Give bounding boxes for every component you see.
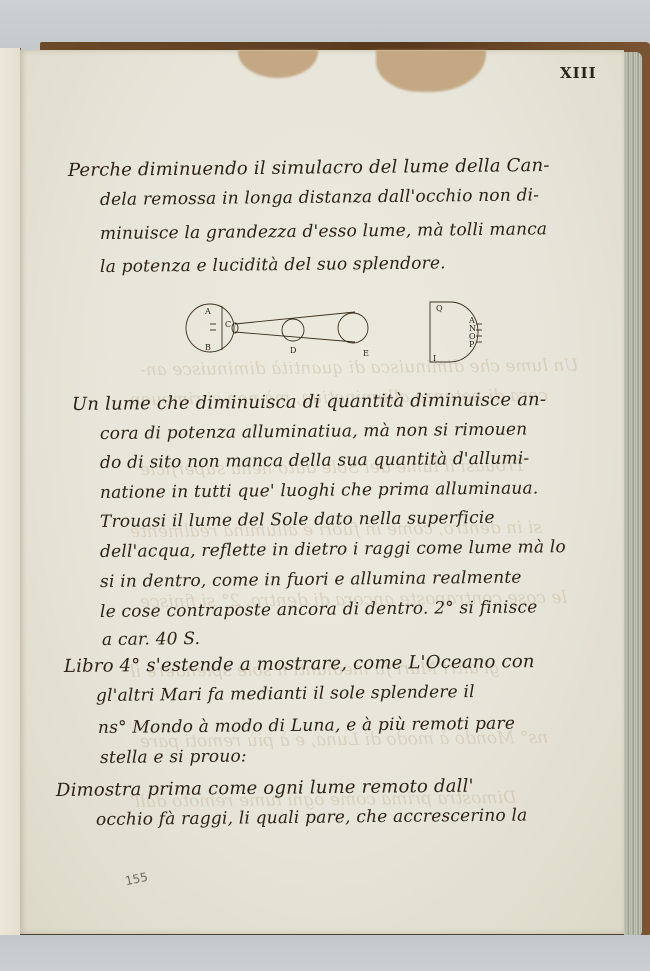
text-line: le cose contraposte ancora di dentro. 2°…: [100, 597, 538, 622]
pencil-page-number: 155: [124, 870, 149, 888]
manuscript-page: XIII Un lume che diminuisca di quantità …: [20, 50, 624, 936]
text-line: cora di potenza alluminatiua, mà non si …: [100, 420, 528, 444]
text-line: dela remossa in longa distanza dall'occh…: [100, 185, 539, 210]
text-line: Un lume che diminuisca di quantità dimin…: [72, 389, 546, 415]
text-line: minuisce la grandezza d'esso lume, mà to…: [100, 219, 547, 244]
text-line: Perche diminuendo il simulacro del lume …: [68, 155, 550, 181]
text-line: occhio fà raggi, li quali pare, che accr…: [96, 805, 528, 830]
diagram-label: I: [433, 354, 436, 363]
optical-diagram: A B C D E Q A N O P I: [180, 290, 510, 370]
water-stain: [376, 50, 486, 92]
water-stain: [238, 50, 318, 78]
diagram-label: A: [204, 307, 211, 316]
previous-page-edge: [0, 48, 21, 943]
text-line: dell'acqua, reflette in dietro i raggi c…: [100, 537, 566, 562]
diagram-label: P: [469, 340, 475, 349]
diagram-label: C: [225, 320, 231, 329]
folio-number: XIII: [560, 64, 597, 82]
diagram-label: D: [290, 346, 296, 355]
text-line: la potenza e lucidità del suo splendore.: [100, 253, 446, 277]
diagram-label: Q: [436, 304, 443, 313]
diagram-label: B: [205, 343, 211, 352]
text-line: Trouasi il lume del Sole dato nella supe…: [100, 508, 495, 532]
diagram-label: E: [363, 349, 369, 358]
text-line: stella e si prouo:: [100, 746, 247, 768]
text-line: Dimostra prima come ogni lume remoto dal…: [56, 776, 474, 801]
sphere-e: [338, 313, 368, 343]
text-line: gl'altri Mari fa medianti il sole splend…: [96, 682, 475, 706]
text-line: natione in tutti que' luoghi che prima a…: [100, 478, 539, 503]
sphere-d: [282, 319, 304, 341]
text-line: a car. 40 S.: [102, 629, 200, 650]
background-bottom: [0, 935, 650, 971]
